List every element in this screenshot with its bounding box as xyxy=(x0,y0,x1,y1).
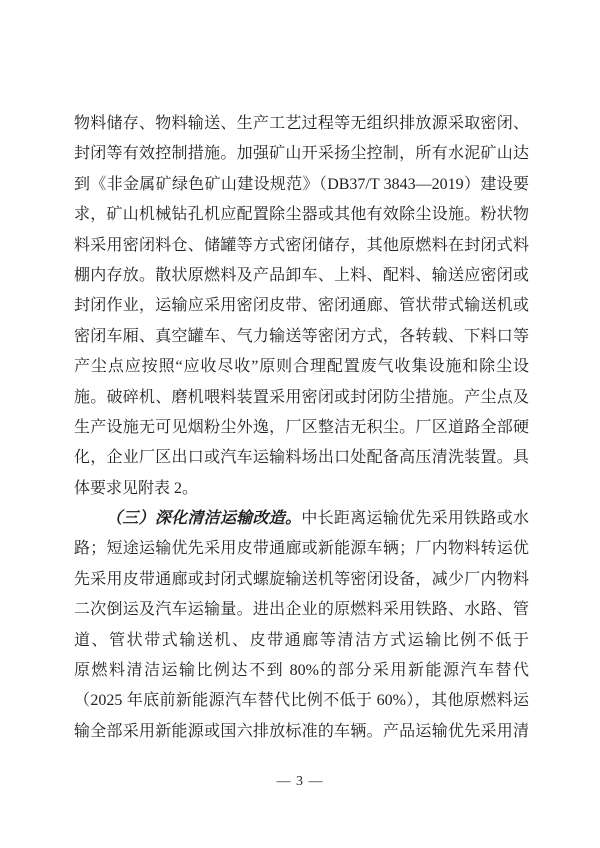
text-line: 二次倒运及汽车运输量。进出企业的原燃料采用铁路、水路、管 xyxy=(74,595,529,625)
text-segment: 产尘点应按照“应收尽收”原则合理配置废气收集设施和除尘设 xyxy=(74,358,529,375)
text-segment: 路；短途运输优先采用皮带通廊或新能源车辆；厂内物料转运优 xyxy=(74,540,529,557)
text-segment: 求，矿山机械钻孔机应配置除尘器或其他有效除尘设施。粉状物 xyxy=(74,206,529,223)
text-segment: 物料储存、物料输送、生产工艺过程等无组织排放源采取密闭、 xyxy=(74,115,529,132)
text-line: 求，矿山机械钻孔机应配置除尘器或其他有效除尘设施。粉状物 xyxy=(74,200,529,230)
document-body: 物料储存、物料输送、生产工艺过程等无组织排放源采取密闭、封闭等有效控制措施。加强… xyxy=(74,109,529,747)
document-page: 物料储存、物料输送、生产工艺过程等无组织排放源采取密闭、封闭等有效控制措施。加强… xyxy=(0,0,600,848)
text-line: （2025 年底前新能源汽车替代比例不低于 60%），其他原燃料运 xyxy=(74,686,529,716)
text-line: 化，企业厂区出口或汽车运输料场出口处配备高压清洗装置。具 xyxy=(74,443,529,473)
text-segment: 原燃料清洁运输比例达不到 80%的部分采用新能源汽车替代 xyxy=(74,662,529,679)
text-segment: 化，企业厂区出口或汽车运输料场出口处配备高压清洗装置。具 xyxy=(74,449,529,466)
text-line: 原燃料清洁运输比例达不到 80%的部分采用新能源汽车替代 xyxy=(74,656,529,686)
text-line: 封闭作业，运输应采用密闭皮带、密闭通廊、管状带式输送机或 xyxy=(74,291,529,321)
text-segment: 棚内存放。散状原燃料及产品卸车、上料、配料、输送应密闭或 xyxy=(74,267,529,284)
text-segment: （2025 年底前新能源汽车替代比例不低于 60%），其他原燃料运 xyxy=(74,692,529,709)
text-segment: 输全部采用新能源或国六排放标准的车辆。产品运输优先采用清 xyxy=(74,723,529,740)
text-segment: 封闭作业，运输应采用密闭皮带、密闭通廊、管状带式输送机或 xyxy=(74,297,529,314)
text-segment: 二次倒运及汽车运输量。进出企业的原燃料采用铁路、水路、管 xyxy=(74,601,529,618)
text-line: （三）深化清洁运输改造。中长距离运输优先采用铁路或水 xyxy=(74,504,529,534)
text-line: 棚内存放。散状原燃料及产品卸车、上料、配料、输送应密闭或 xyxy=(74,261,529,291)
text-line: 产尘点应按照“应收尽收”原则合理配置废气收集设施和除尘设 xyxy=(74,352,529,382)
text-line: 道、管状带式输送机、皮带通廊等清洁方式运输比例不低于 80%， xyxy=(74,626,529,656)
page-number: — 3 — xyxy=(0,774,600,790)
text-line: 输全部采用新能源或国六排放标准的车辆。产品运输优先采用清 xyxy=(74,717,529,747)
text-segment: 中长距离运输优先采用铁路或水 xyxy=(301,510,529,527)
clean-transport-upgrade-paragraph: （三）深化清洁运输改造。中长距离运输优先采用铁路或水路；短途运输优先采用皮带通廊… xyxy=(74,504,529,747)
text-line: 体要求见附表 2。 xyxy=(74,474,529,504)
text-segment: 体要求见附表 2。 xyxy=(74,480,198,497)
text-segment: 料采用密闭料仓、储罐等方式密闭储存，其他原燃料在封闭式料 xyxy=(74,237,529,254)
text-segment: 生产设施无可见烟粉尘外逸，厂区整洁无积尘。厂区道路全部硬 xyxy=(74,419,529,436)
text-segment: 道、管状带式输送机、皮带通廊等清洁方式运输比例不低于 80%， xyxy=(74,632,529,656)
text-line: 料采用密闭料仓、储罐等方式密闭储存，其他原燃料在封闭式料 xyxy=(74,231,529,261)
text-segment: 封闭等有效控制措施。加强矿山开采扬尘控制，所有水泥矿山达 xyxy=(74,145,529,162)
text-line: 到《非金属矿绿色矿山建设规范》（DB37/T 3843—2019）建设要 xyxy=(74,170,529,200)
text-segment: 密闭车厢、真空罐车、气力输送等密闭方式，各转载、下料口等 xyxy=(74,328,529,345)
text-line: 路；短途运输优先采用皮带通廊或新能源车辆；厂内物料转运优 xyxy=(74,534,529,564)
text-segment: 到《非金属矿绿色矿山建设规范》（DB37/T 3843—2019）建设要 xyxy=(74,176,529,193)
text-line: 先采用皮带通廊或封闭式螺旋输送机等密闭设备，减少厂内物料 xyxy=(74,565,529,595)
text-line: 物料储存、物料输送、生产工艺过程等无组织排放源采取密闭、 xyxy=(74,109,529,139)
text-segment: 先采用皮带通廊或封闭式螺旋输送机等密闭设备，减少厂内物料 xyxy=(74,571,529,588)
text-line: 生产设施无可见烟粉尘外逸，厂区整洁无积尘。厂区道路全部硬 xyxy=(74,413,529,443)
fugitive-dust-control-paragraph: 物料储存、物料输送、生产工艺过程等无组织排放源采取密闭、封闭等有效控制措施。加强… xyxy=(74,109,529,504)
text-segment: 施。破碎机、磨机喂料装置采用密闭或封闭防尘措施。产尘点及 xyxy=(74,389,529,406)
text-line: 施。破碎机、磨机喂料装置采用密闭或封闭防尘措施。产尘点及 xyxy=(74,383,529,413)
text-line: 密闭车厢、真空罐车、气力输送等密闭方式，各转载、下料口等 xyxy=(74,322,529,352)
clause-heading: （三）深化清洁运输改造。 xyxy=(106,510,301,527)
text-line: 封闭等有效控制措施。加强矿山开采扬尘控制，所有水泥矿山达 xyxy=(74,139,529,169)
